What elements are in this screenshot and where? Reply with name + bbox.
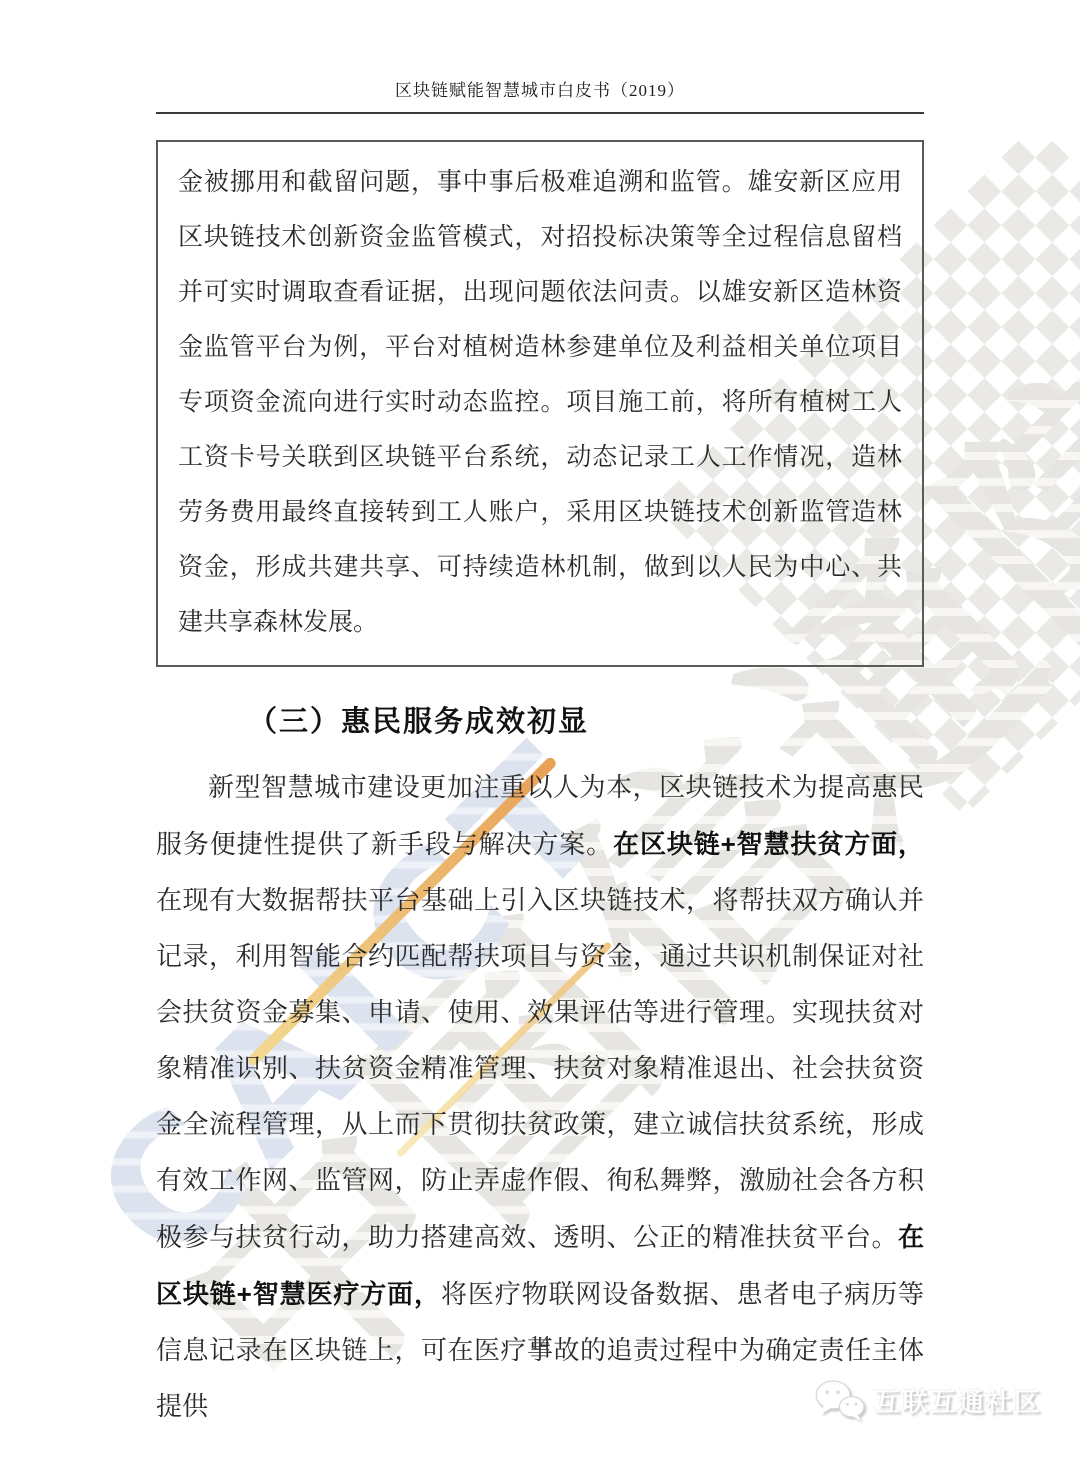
header-divider	[156, 112, 924, 114]
section-heading: （三）惠民服务成效初显	[248, 699, 924, 740]
footer-community-logo: 互联互通社区	[812, 1377, 1042, 1423]
document-page: 中国信通院 CAICT 区块链赋能智慧城市白皮书（2019） 金被挪用和截留问题…	[0, 0, 1080, 1466]
wechat-icon	[812, 1377, 866, 1423]
box-paragraph-text: 金被挪用和截留问题，事中事后极难追溯和监管。雄安新区应用区块链技术创新资金监管模…	[178, 169, 902, 636]
content-layer: 区块链赋能智慧城市白皮书（2019） 金被挪用和截留问题，事中事后极难追溯和监管…	[0, 0, 1080, 1435]
text-column: 金被挪用和截留问题，事中事后极难追溯和监管。雄安新区应用区块链技术创新资金监管模…	[156, 140, 924, 1435]
paragraph-text-2: 在现有大数据帮扶平台基础上引入区块链技术，将帮扶双方确认并记录，利用智能合约匹配…	[156, 886, 924, 1252]
footer-logo-text: 互联互通社区	[874, 1382, 1042, 1419]
bordered-text-box: 金被挪用和截留问题，事中事后极难追溯和监管。雄安新区应用区块链技术创新资金监管模…	[156, 140, 924, 667]
running-header-title: 区块链赋能智慧城市白皮书（2019）	[0, 0, 1080, 101]
bold-phrase-smart-poverty-relief: 在区块链+智慧扶贫方面，	[613, 829, 924, 859]
page-number: 14	[0, 1332, 1080, 1355]
